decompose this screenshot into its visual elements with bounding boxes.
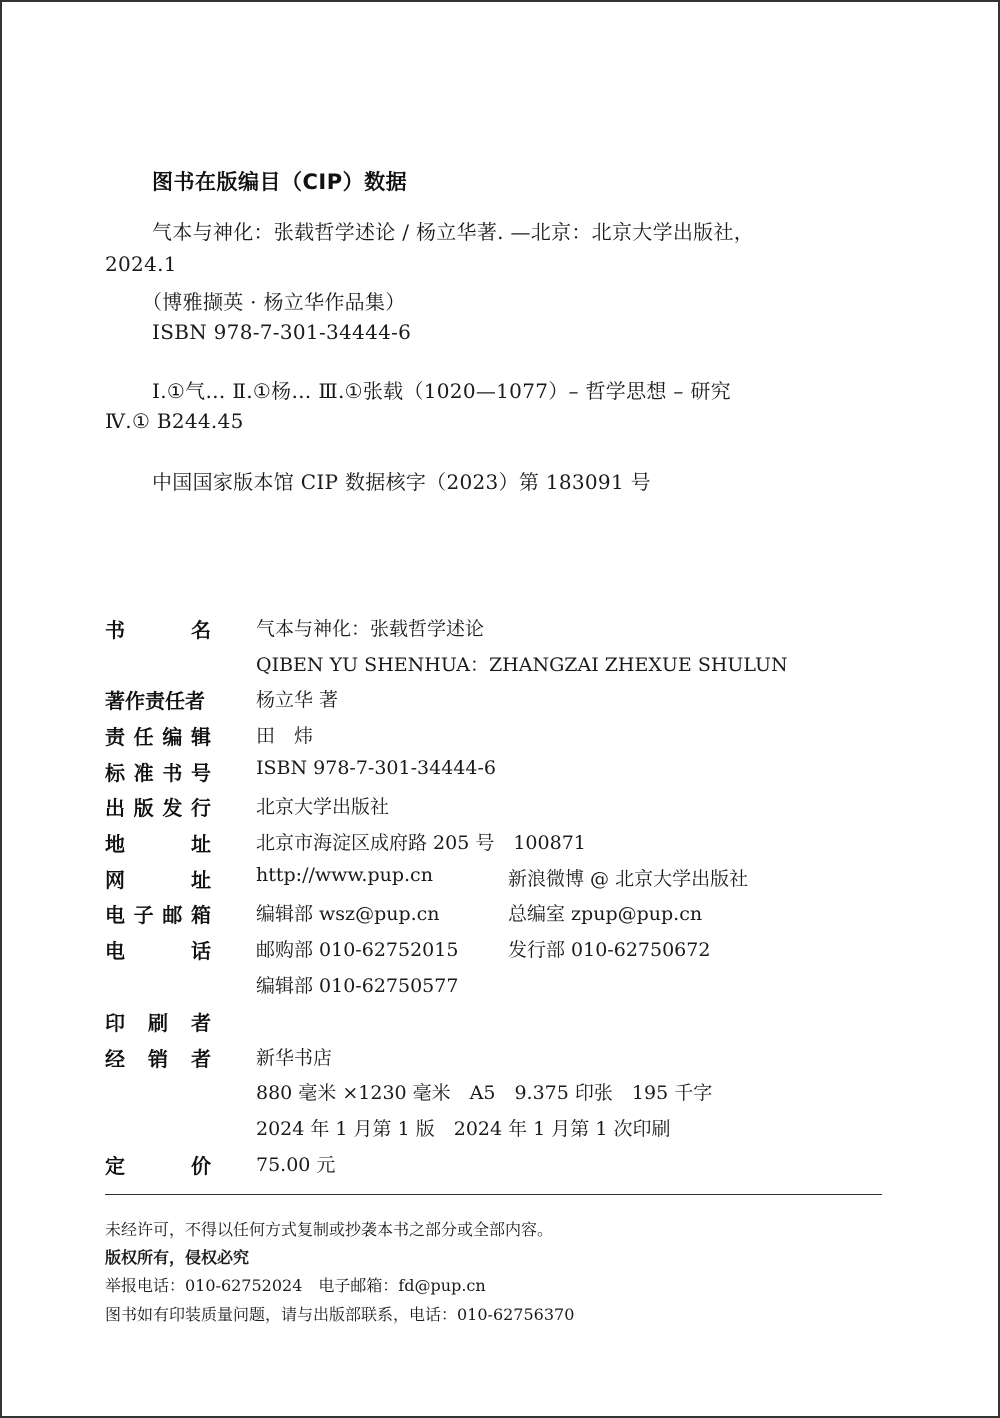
info-label: 标准书号 <box>105 757 211 786</box>
footer-report: 举报电话：010-62752024 电子邮箱：fd@pup.cn <box>105 1273 486 1296</box>
info-label-char: 销 <box>148 1043 168 1072</box>
info-label-char: 准 <box>134 757 154 786</box>
info-label-char: 号 <box>191 757 211 786</box>
info-label-char: 名 <box>191 614 211 643</box>
info-label: 印刷者 <box>105 1007 211 1036</box>
info-value: 北京大学出版社 <box>256 792 389 819</box>
info-label-char: 地 <box>105 828 125 857</box>
footer-rights: 版权所有，侵权必究 <box>105 1245 249 1268</box>
info-value: 新华书店 <box>256 1043 332 1070</box>
info-label-char: 标 <box>105 757 125 786</box>
cip-title: 图书在版编目（CIP）数据 <box>152 166 407 196</box>
info-label-char: 出 <box>105 792 125 821</box>
info-label-char: 书 <box>162 757 182 786</box>
info-label-char: 价 <box>191 1150 211 1179</box>
info-label-char: 址 <box>191 828 211 857</box>
info-label-char: 电 <box>105 899 125 928</box>
info-label-char: 版 <box>134 792 154 821</box>
info-value: 杨立华 著 <box>256 685 338 712</box>
info-label: 电子邮箱 <box>105 899 211 928</box>
info-label-char: 话 <box>191 935 211 964</box>
info-label: 著作责任者 <box>105 685 211 714</box>
cip-book-line: 气本与神化：张载哲学述论 / 杨立华著. —北京：北京大学出版社， <box>152 216 754 245</box>
info-value: 880 毫米 ×1230 毫米 A5 9.375 印张 195 千字 <box>256 1078 712 1105</box>
info-label-char: 责 <box>105 721 125 750</box>
info-value: 气本与神化：张载哲学述论 <box>256 614 484 641</box>
info-label-char: 辑 <box>191 721 211 750</box>
info-value-secondary: 发行部 010-62750672 <box>508 935 710 962</box>
info-value-secondary: 总编室 zpup@pup.cn <box>508 899 702 926</box>
info-label-char: 编 <box>162 721 182 750</box>
info-label-char: 址 <box>191 864 211 893</box>
info-value-secondary: 新浪微博 @ 北京大学出版社 <box>508 864 748 891</box>
info-value: 田 炜 <box>256 721 313 748</box>
info-label-char: 行 <box>191 792 211 821</box>
cip-verification-line: 中国国家版本馆 CIP 数据核字（2023）第 183091 号 <box>152 466 651 495</box>
footer-notice: 未经许可，不得以任何方式复制或抄袭本书之部分或全部内容。 <box>105 1217 553 1240</box>
info-value: 编辑部 wsz@pup.cn <box>256 899 440 926</box>
info-value: ISBN 978-7-301-34444-6 <box>256 757 496 779</box>
info-label: 经销者 <box>105 1043 211 1072</box>
info-value: QIBEN YU SHENHUA：ZHANGZAI ZHEXUE SHULUN <box>256 650 788 677</box>
cip-subject-line: Ⅰ.①气… Ⅱ.①杨… Ⅲ.①张载（1020—1077）– 哲学思想 – 研究 <box>152 375 731 404</box>
cip-isbn-line: ISBN 978-7-301-34444-6 <box>152 320 411 344</box>
info-label-char: 者 <box>191 1043 211 1072</box>
info-label: 电话 <box>105 935 211 964</box>
info-label-char: 电 <box>105 935 125 964</box>
cip-series-line: （博雅撷英 · 杨立华作品集） <box>142 286 406 315</box>
info-value: 75.00 元 <box>256 1150 335 1177</box>
divider-line <box>105 1194 882 1195</box>
info-label-char: 印 <box>105 1007 125 1036</box>
info-value: 北京市海淀区成府路 205 号 100871 <box>256 828 586 855</box>
info-label: 书名 <box>105 614 211 643</box>
info-label-char: 著作责任者 <box>105 685 205 714</box>
info-label-char: 书 <box>105 614 125 643</box>
info-label-char: 邮 <box>162 899 182 928</box>
info-label-char: 子 <box>134 899 154 928</box>
footer-quality: 图书如有印装质量问题，请与出版部联系，电话：010-62756370 <box>105 1302 574 1325</box>
info-label-char: 刷 <box>148 1007 168 1036</box>
info-label: 地址 <box>105 828 211 857</box>
info-label-char: 经 <box>105 1043 125 1072</box>
info-label: 责任编辑 <box>105 721 211 750</box>
info-label-char: 网 <box>105 864 125 893</box>
info-label: 定价 <box>105 1150 211 1179</box>
info-label-char: 发 <box>162 792 182 821</box>
cip-classification-line: Ⅳ.① B244.45 <box>105 409 244 433</box>
info-value: 邮购部 010-62752015 <box>256 935 458 962</box>
info-label-char: 者 <box>191 1007 211 1036</box>
cip-date-line: 2024.1 <box>105 252 177 276</box>
info-label: 网址 <box>105 864 211 893</box>
info-label-char: 任 <box>134 721 154 750</box>
info-value: http://www.pup.cn <box>256 864 433 886</box>
copyright-page: 图书在版编目（CIP）数据 气本与神化：张载哲学述论 / 杨立华著. —北京：北… <box>0 0 1000 1418</box>
info-label: 出版发行 <box>105 792 211 821</box>
info-value: 2024 年 1 月第 1 版 2024 年 1 月第 1 次印刷 <box>256 1114 670 1141</box>
info-label-char: 定 <box>105 1150 125 1179</box>
info-label-char: 箱 <box>191 899 211 928</box>
info-value: 编辑部 010-62750577 <box>256 971 458 998</box>
